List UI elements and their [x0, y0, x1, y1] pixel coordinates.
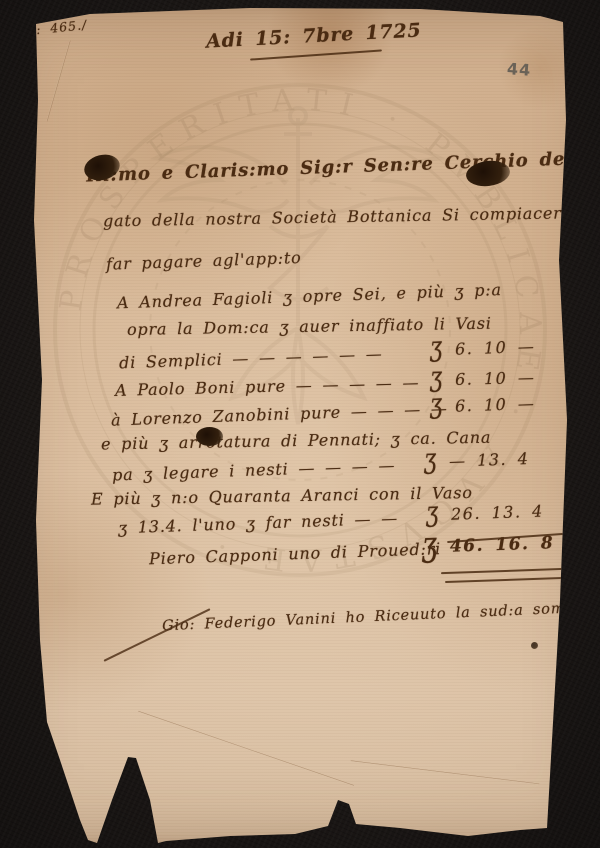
lira-glyph: ʒ: [425, 503, 439, 523]
fold-crease: [351, 760, 540, 784]
manuscript-page: PROSPERITATI · PVBLICAE · AVGVSTAE · n: …: [0, 0, 600, 848]
signature-line: Gio: Federigo Vanini ho Riceuuto la sud:…: [162, 600, 590, 635]
amount-entry: ʒ 6. 10 —: [430, 394, 536, 417]
amount-entry: ʒ — 13. 4: [424, 449, 530, 472]
amount-entry: ʒ 6. 10 —: [430, 368, 536, 390]
amount-value: 6. 10 —: [455, 394, 536, 416]
amount-value: 6. 10 —: [455, 337, 536, 359]
lira-glyph: ʒ: [430, 368, 444, 388]
lira-glyph: ʒ: [421, 535, 438, 556]
amount-entry: ʒ 6. 10 —: [430, 337, 536, 360]
fold-crease: [138, 711, 354, 786]
date-underline: [250, 49, 382, 60]
scan-background: PROSPERITATI · PVBLICAE · AVGVSTAE · n: …: [0, 0, 600, 848]
ink-blot: [196, 427, 223, 446]
amount-entry: ʒ 26. 13. 4: [426, 501, 545, 524]
ink-speck: [531, 642, 538, 649]
date-heading: Adi 15: 7bre 1725: [206, 19, 422, 52]
amount-value: 26. 13. 4: [451, 501, 544, 523]
lira-glyph: ʒ: [429, 395, 443, 415]
amount-value: 6. 10 —: [455, 368, 536, 389]
amount-value: — 13. 4: [449, 449, 530, 471]
lira-glyph: ʒ: [423, 450, 437, 470]
registry-number: n: 465./: [26, 17, 88, 38]
lira-glyph: ʒ: [429, 338, 443, 358]
folio-number-pencil: 44: [506, 59, 532, 80]
